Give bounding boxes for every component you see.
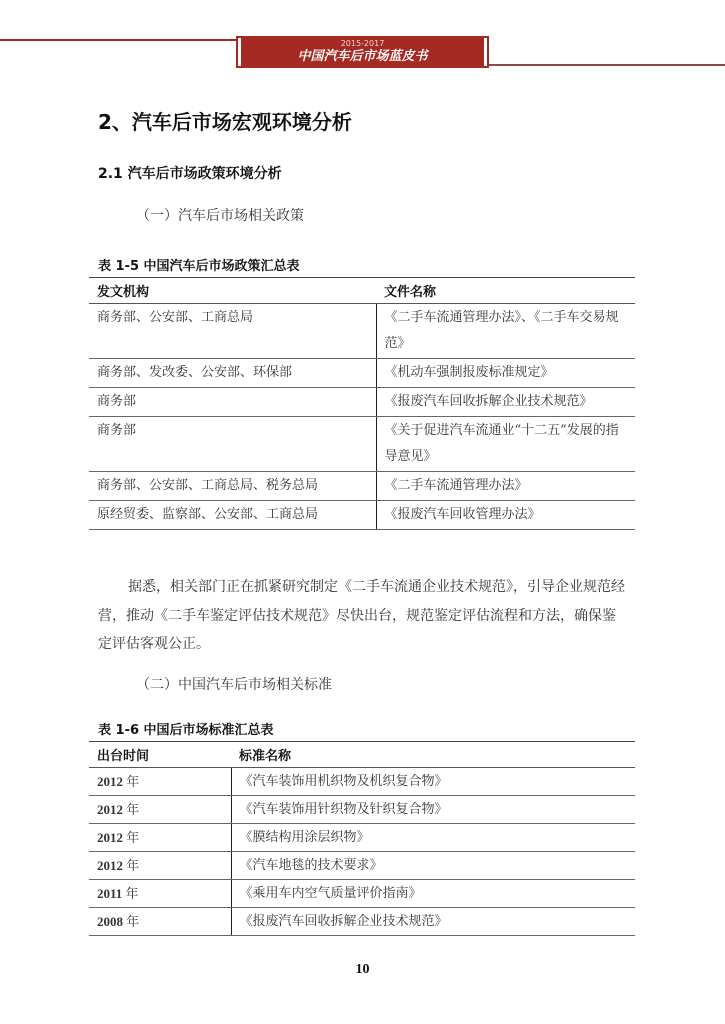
subsection-heading: 2.1 汽车后市场政策环境分析 <box>98 163 282 183</box>
year-cell: 2008 年 <box>89 908 231 936</box>
table-row: 2008 年 《报废汽车回收拆解企业技术规范》 <box>89 908 635 936</box>
header-title: 中国汽车后市场蓝皮书 <box>241 49 484 64</box>
year-value: 2012 <box>97 830 123 845</box>
year-cell: 2012 年 <box>89 824 231 852</box>
year-cell: 2012 年 <box>89 768 231 796</box>
standard-cell: 《膜结构用涂层织物》 <box>231 824 635 852</box>
document-cell: 《二手车流通管理办法》、《二手车交易规范》 <box>376 304 635 359</box>
year-unit: 年 <box>126 802 139 817</box>
part-heading-policies: （一）汽车后市场相关政策 <box>136 205 304 225</box>
table-row: 2011 年 《乘用车内空气质量评价指南》 <box>89 880 635 908</box>
header-banner: 2015-2017 中国汽车后市场蓝皮书 <box>238 38 487 66</box>
table-row: 2012 年 《汽车装饰用针织物及针织复合物》 <box>89 796 635 824</box>
document-cell: 《报废汽车回收拆解企业技术规范》 <box>376 388 635 417</box>
year-unit: 年 <box>126 914 139 929</box>
issuer-cell: 商务部、发改委、公安部、环保部 <box>89 359 376 388</box>
table-row: 2012 年 《膜结构用涂层织物》 <box>89 824 635 852</box>
standard-cell: 《乘用车内空气质量评价指南》 <box>231 880 635 908</box>
table-row: 商务部 《报废汽车回收拆解企业技术规范》 <box>89 388 635 417</box>
year-cell: 2011 年 <box>89 880 231 908</box>
document-cell: 《二手车流通管理办法》 <box>376 472 635 501</box>
header-rule-right <box>487 64 725 66</box>
document-cell: 《报废汽车回收管理办法》 <box>376 501 635 530</box>
column-header: 发文机构 <box>89 278 376 304</box>
year-unit: 年 <box>126 858 139 873</box>
table1-caption: 表 1-5 中国汽车后市场政策汇总表 <box>98 255 300 274</box>
year-cell: 2012 年 <box>89 852 231 880</box>
table-row: 商务部、发改委、公安部、环保部 《机动车强制报废标准规定》 <box>89 359 635 388</box>
issuer-cell: 商务部 <box>89 417 376 472</box>
header-rule-left <box>0 39 240 41</box>
body-paragraph: 据悉，相关部门正在抓紧研究制定《二手车流通企业技术规范》，引导企业规范经营，推动… <box>98 573 628 659</box>
issuer-cell: 商务部、公安部、工商总局、税务总局 <box>89 472 376 501</box>
table-row: 原经贸委、监察部、公安部、工商总局 《报废汽车回收管理办法》 <box>89 501 635 530</box>
year-unit: 年 <box>126 886 139 901</box>
standard-cell: 《报废汽车回收拆解企业技术规范》 <box>231 908 635 936</box>
year-unit: 年 <box>126 774 139 789</box>
standard-cell: 《汽车装饰用机织物及机织复合物》 <box>231 768 635 796</box>
document-cell: 《机动车强制报废标准规定》 <box>376 359 635 388</box>
page-number: 10 <box>0 962 725 978</box>
column-header: 出台时间 <box>89 742 231 768</box>
table-row: 2012 年 《汽车地毯的技术要求》 <box>89 852 635 880</box>
table-row: 商务部 《关于促进汽车流通业“十二五”发展的指导意见》 <box>89 417 635 472</box>
section-heading: 2、汽车后市场宏观环境分析 <box>98 106 352 135</box>
table-row: 2012 年 《汽车装饰用机织物及机织复合物》 <box>89 768 635 796</box>
year-value: 2011 <box>97 886 122 901</box>
column-header: 文件名称 <box>376 278 635 304</box>
column-header: 标准名称 <box>231 742 635 768</box>
part-heading-standards: （二）中国汽车后市场相关标准 <box>136 674 332 694</box>
standard-cell: 《汽车地毯的技术要求》 <box>231 852 635 880</box>
year-cell: 2012 年 <box>89 796 231 824</box>
table2-caption: 表 1-6 中国后市场标准汇总表 <box>98 719 274 738</box>
issuer-cell: 商务部、公安部、工商总局 <box>89 304 376 359</box>
header-years: 2015-2017 <box>241 39 484 49</box>
standards-table: 出台时间 标准名称 2012 年 《汽车装饰用机织物及机织复合物》 2012 年… <box>89 741 635 936</box>
document-cell: 《关于促进汽车流通业“十二五”发展的指导意见》 <box>376 417 635 472</box>
standard-cell: 《汽车装饰用针织物及针织复合物》 <box>231 796 635 824</box>
table-header-row: 出台时间 标准名称 <box>89 742 635 768</box>
policy-table: 发文机构 文件名称 商务部、公安部、工商总局 《二手车流通管理办法》、《二手车交… <box>89 277 635 530</box>
year-unit: 年 <box>126 830 139 845</box>
table-header-row: 发文机构 文件名称 <box>89 278 635 304</box>
year-value: 2012 <box>97 774 123 789</box>
table-row: 商务部、公安部、工商总局、税务总局 《二手车流通管理办法》 <box>89 472 635 501</box>
year-value: 2012 <box>97 858 123 873</box>
issuer-cell: 商务部 <box>89 388 376 417</box>
issuer-cell: 原经贸委、监察部、公安部、工商总局 <box>89 501 376 530</box>
year-value: 2012 <box>97 802 123 817</box>
table-row: 商务部、公安部、工商总局 《二手车流通管理办法》、《二手车交易规范》 <box>89 304 635 359</box>
year-value: 2008 <box>97 914 123 929</box>
